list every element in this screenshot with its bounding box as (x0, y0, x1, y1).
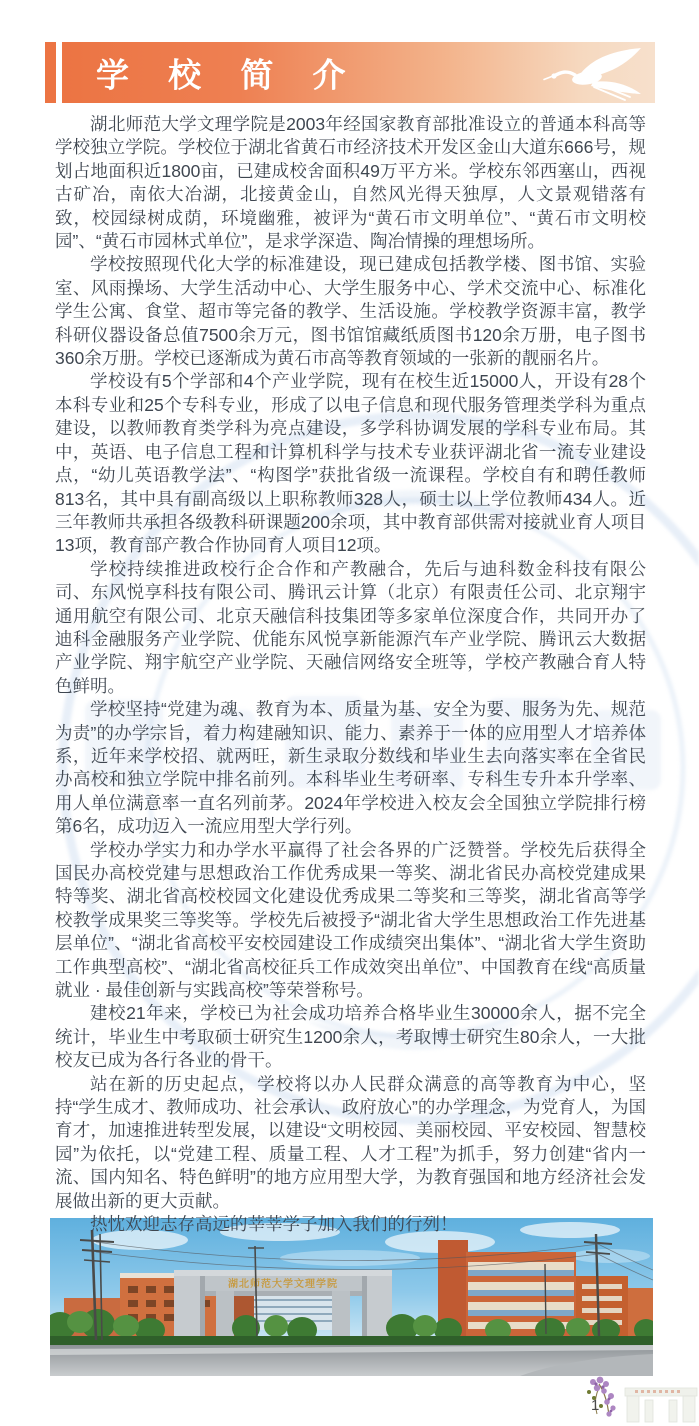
gate-inscription: 湖北师范大学文理学院 (228, 1277, 338, 1290)
paragraph-alumni: 建校21年来，学校已为社会成功培养合格毕业生30000余人，据不完全统计，毕业生… (55, 1002, 646, 1072)
page-title: 学 校 简 介 (96, 49, 361, 96)
mini-gate-graphic (625, 1388, 697, 1422)
paragraph-philosophy: 学校坚持“党建为魂、教育为本、质量为基、安全为要、服务为先、规范为责”的办学宗旨… (55, 698, 646, 838)
page-number: 1 (591, 1397, 599, 1414)
page-footer: 1 (569, 1376, 699, 1426)
paragraph-overview: 湖北师范大学文理学院是2003年经国家教育部批准设立的普通本科高等学校独立学院。… (55, 113, 646, 253)
paragraph-cooperation: 学校持续推进政校行企合作和产教融合，先后与迪科数金科技有限公司、东风悦享科技有限… (55, 558, 646, 698)
header-banner: 学 校 简 介 (62, 42, 655, 103)
introduction-text: 湖北师范大学文理学院是2003年经国家教育部批准设立的普通本科高等学校独立学院。… (55, 113, 646, 1237)
paragraph-honors: 学校办学实力和办学水平赢得了社会各界的广泛赞誉。学校先后获得全国民办高校党建与思… (55, 839, 646, 1003)
header-accent-bar (45, 42, 56, 103)
paragraph-welcome: 热忱欢迎志存高远的莘莘学子加入我们的行列！ (55, 1213, 646, 1236)
campus-gate-photo: 湖北师范大学文理学院 (50, 1218, 653, 1376)
paragraph-vision: 站在新的历史起点，学校将以办人民群众满意的高等教育为中心，坚持“学生成才、教师成… (55, 1073, 646, 1213)
paragraph-programs: 学校设有5个学部和4个产业学院，现有在校生近15000人，开设有28个本科专业和… (55, 370, 646, 557)
egret-bird-icon (543, 46, 645, 102)
brochure-page: 学 校 简 介 (0, 0, 699, 1426)
paragraph-facilities: 学校按照现代化大学的标准建设，现已建成包括教学楼、图书馆、实验室、风雨操场、大学… (55, 253, 646, 370)
